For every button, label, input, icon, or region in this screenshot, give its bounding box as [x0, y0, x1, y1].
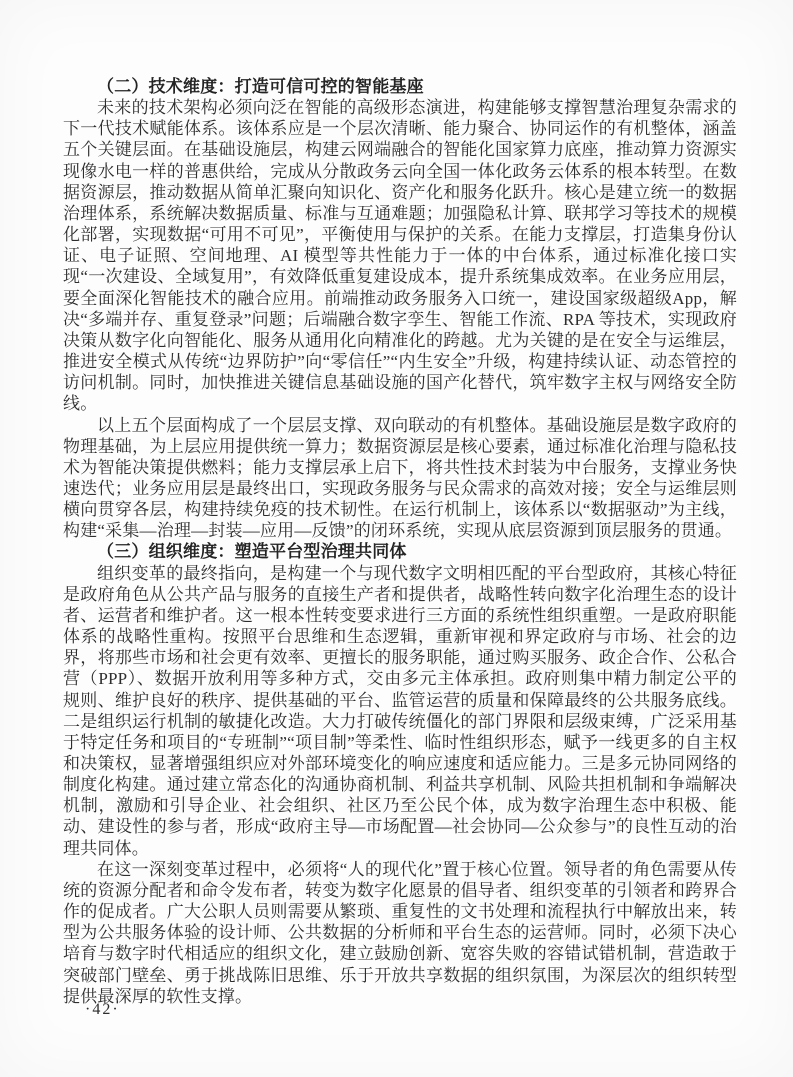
paragraph-human-modernization: 在这一深刻变革过程中，必须将“人的现代化”置于核心位置。领导者的角色需要从传统的…: [63, 859, 737, 1007]
paragraph-technical-architecture: 未来的技术架构必须向泛在智能的高级形态演进，构建能够支撑智慧治理复杂需求的下一代…: [63, 97, 737, 414]
section-heading-organizational-dimension: （三）组织维度：塑造平台型治理共同体: [63, 541, 737, 562]
paragraph-organizational-reform: 组织变革的最终指向，是构建一个与现代数字文明相匹配的平台型政府，其核心特征是政府…: [63, 563, 737, 859]
page-body: （二）技术维度：打造可信可控的智能基座 未来的技术架构必须向泛在智能的高级形态演…: [63, 76, 737, 1007]
section-heading-technical-dimension: （二）技术维度：打造可信可控的智能基座: [63, 76, 737, 97]
document-page: （二）技术维度：打造可信可控的智能基座 未来的技术架构必须向泛在智能的高级形态演…: [0, 0, 793, 1077]
paragraph-five-layers-summary: 以上五个层面构成了一个层层支撑、双向联动的有机整体。基础设施层是数字政府的物理基…: [63, 415, 737, 542]
page-number: ·42·: [85, 1001, 120, 1019]
